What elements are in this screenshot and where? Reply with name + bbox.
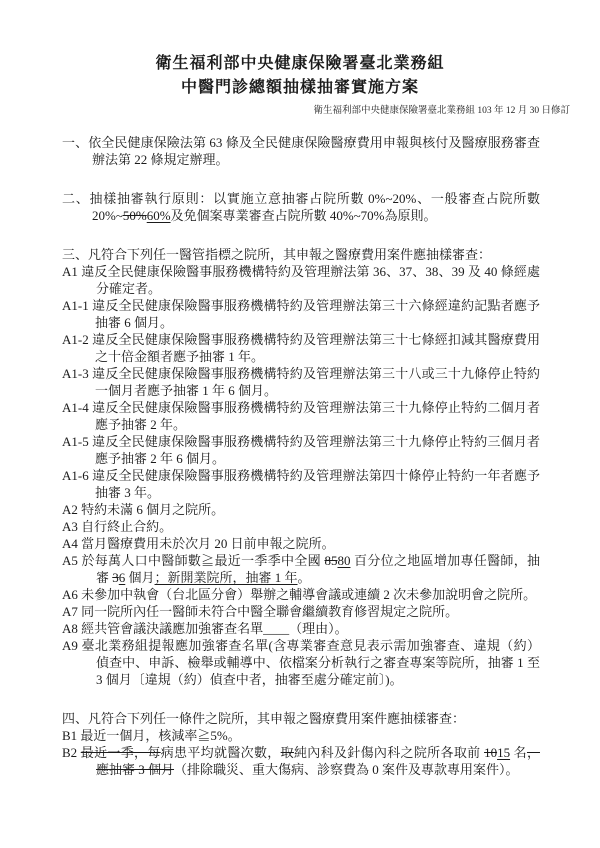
text-segment: A8 經共管會議決議應加強審查名單____（理由）。 bbox=[62, 621, 348, 636]
text-segment: 。 bbox=[298, 570, 311, 585]
text-segment: A7 同一院所內任一醫師未符合中醫全聯會繼續教育修習規定之院所。 bbox=[62, 604, 458, 619]
deleted-text-segment: 最近一季，每 bbox=[81, 745, 161, 760]
item-a7: A7 同一院所內任一醫師未符合中醫全聯會繼續教育修習規定之院所。 bbox=[62, 603, 540, 620]
text-segment: B2 bbox=[62, 745, 81, 760]
deleted-text-segment: 取 bbox=[281, 745, 294, 760]
text-segment: A2 特約未滿 6 個月之院所。 bbox=[62, 502, 224, 517]
text-segment: A1-6 違反全民健康保險醫事服務機構特約及管理辦法第四十條停止特約一年者應予抽… bbox=[62, 468, 540, 500]
text-segment: A5 於每萬人口中醫師數≧最近一季季中全國 bbox=[62, 553, 324, 568]
item-a4: A4 當月醫療費用未於次月 20 日前申報之院所。 bbox=[62, 535, 540, 552]
document-page: 衛生福利部中央健康保險署臺北業務組 中醫門診總額抽樣抽審實施方案 衛生福利部中央… bbox=[0, 0, 600, 848]
section-3-intro: 三、凡符合下列任一醫管指標之院所，其申報之醫療費用案件應抽樣審查： bbox=[62, 246, 540, 263]
item-a9: A9 臺北業務組提報應加強審查名單(含專業審查意見表示需加強審查、違規（約）偵查… bbox=[62, 637, 540, 688]
item-a2: A2 特約未滿 6 個月之院所。 bbox=[62, 501, 540, 518]
text-segment: A1-4 違反全民健康保險醫事服務機構特約及管理辦法第三十九條停止特約二個月者應… bbox=[62, 400, 540, 432]
item-a6: A6 未參加中執會（台北區分會）舉辦之輔導會議或連續 2 次未參加說明會之院所。 bbox=[62, 586, 540, 603]
section-2: 二、抽樣抽審執行原則：以實施立意抽審占院所數 0%~20%、一般審查占院所數 2… bbox=[62, 190, 540, 224]
section-4-intro: 四、凡符合下列任一條件之院所，其申報之醫療費用案件應抽樣審查： bbox=[62, 710, 540, 727]
section-1: 一、依全民健康保險法第 63 條及全民健康保險醫療費用申報與核付及醫療服務審查辦… bbox=[62, 134, 540, 168]
doc-title-line1: 衛生福利部中央健康保險署臺北業務組 bbox=[0, 52, 600, 76]
text-segment: 名 bbox=[510, 745, 527, 760]
text-segment: 純內科及針傷內科之院所各取前 bbox=[294, 745, 484, 760]
deleted-text-segment: 50% bbox=[123, 208, 147, 223]
text-segment: 病患平均就醫次數， bbox=[161, 745, 281, 760]
item-a1-4: A1-4 違反全民健康保險醫事服務機構特約及管理辦法第三十九條停止特約二個月者應… bbox=[62, 399, 540, 433]
item-a5: A5 於每萬人口中醫師數≧最近一季季中全國 8580 百分位之地區增加專任醫師，… bbox=[62, 552, 540, 586]
doc-title-line2: 中醫門診總額抽樣抽審實施方案 bbox=[0, 76, 600, 100]
item-b2: B2 最近一季，每病患平均就醫次數，取純內科及針傷內科之院所各取前 1015 名… bbox=[62, 744, 540, 778]
text-segment: A1 違反全民健康保險醫事服務機構特約及管理辦法第 36、37、38、39 及 … bbox=[62, 264, 540, 296]
text-segment: B1 最近一個月，核減率≧5%。 bbox=[62, 728, 241, 743]
text-segment: A9 臺北業務組提報應加強審查名單(含專業審查意見表示需加強審查、違規（約）偵查… bbox=[62, 638, 540, 687]
inserted-text-segment: 15 bbox=[497, 745, 510, 760]
item-a3: A3 自行終止合約。 bbox=[62, 518, 540, 535]
item-a1-2: A1-2 違反全民健康保險醫事服務機構特約及管理辦法第三十七條經扣減其醫療費用之… bbox=[62, 331, 540, 365]
item-a1-6: A1-6 違反全民健康保險醫事服務機構特約及管理辦法第四十條停止特約一年者應予抽… bbox=[62, 467, 540, 501]
text-segment: A3 自行終止合約。 bbox=[62, 519, 172, 534]
inserted-text-segment: ；新開業院所，抽審 1 年 bbox=[155, 570, 298, 585]
item-a8: A8 經共管會議決議應加強審查名單____（理由）。 bbox=[62, 620, 540, 637]
document-body: 一、依全民健康保險法第 63 條及全民健康保險醫療費用申報與核付及醫療服務審查辦… bbox=[62, 134, 540, 778]
item-b1: B1 最近一個月，核減率≧5%。 bbox=[62, 727, 540, 744]
item-a1-3: A1-3 違反全民健康保險醫事服務機構特約及管理辦法第三十八或三十九條停止特約一… bbox=[62, 365, 540, 399]
item-a1: A1 違反全民健康保險醫事服務機構特約及管理辦法第 36、37、38、39 及 … bbox=[62, 263, 540, 297]
text-segment: A1-1 違反全民健康保險醫事服務機構特約及管理辦法第三十六條經違約記點者應予抽… bbox=[62, 298, 540, 330]
item-a1-1: A1-1 違反全民健康保險醫事服務機構特約及管理辦法第三十六條經違約記點者應予抽… bbox=[62, 297, 540, 331]
deleted-text-segment: 85 bbox=[324, 553, 337, 568]
text-segment: 一、依全民健康保險法第 63 條及全民健康保險醫療費用申報與核付及醫療服務審查辦… bbox=[62, 135, 540, 167]
text-segment: 四、凡符合下列任一條件之院所，其申報之醫療費用案件應抽樣審查： bbox=[62, 711, 465, 726]
text-segment: 個月 bbox=[125, 570, 154, 585]
text-segment: A1-3 違反全民健康保險醫事服務機構特約及管理辦法第三十八或三十九條停止特約一… bbox=[62, 366, 540, 398]
text-segment: 三、凡符合下列任一醫管指標之院所，其申報之醫療費用案件應抽樣審查： bbox=[62, 247, 491, 262]
inserted-text-segment: 80 bbox=[337, 553, 350, 568]
text-segment: A1-2 違反全民健康保險醫事服務機構特約及管理辦法第三十七條經扣減其醫療費用之… bbox=[62, 332, 540, 364]
text-segment: A4 當月醫療費用未於次月 20 日前申報之院所。 bbox=[62, 536, 335, 551]
deleted-text-segment: 10 bbox=[484, 745, 497, 760]
text-segment: A1-5 違反全民健康保險醫事服務機構特約及管理辦法第三十九條停止特約三個月者應… bbox=[62, 434, 540, 466]
text-segment: 及免個案專業審查占院所數 40%~70%為原則。 bbox=[171, 208, 437, 223]
inserted-text-segment: 60% bbox=[147, 208, 171, 223]
text-segment: A6 未參加中執會（台北區分會）舉辦之輔導會議或連續 2 次未參加說明會之院所。 bbox=[62, 587, 536, 602]
text-segment: （排除職災、重大傷病、診察費為 0 案件及專款專用案件）。 bbox=[174, 762, 519, 777]
item-a1-5: A1-5 違反全民健康保險醫事服務機構特約及管理辦法第三十九條停止特約三個月者應… bbox=[62, 433, 540, 467]
revision-note: 衛生福利部中央健康保險署臺北業務組 103 年 12 月 30 日修訂 bbox=[0, 104, 570, 118]
